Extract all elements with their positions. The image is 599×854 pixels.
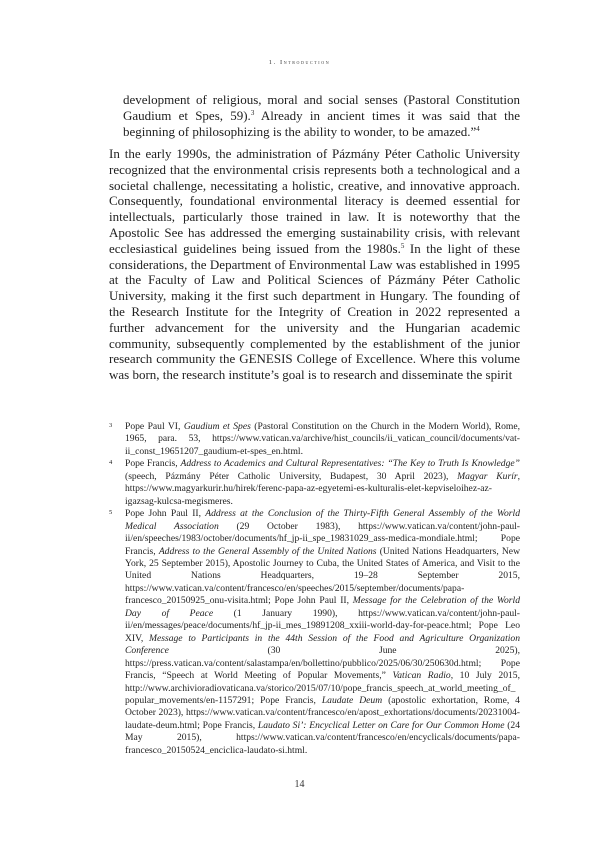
- footnote-segment: (speech, Pázmány Péter Catholic Universi…: [125, 471, 457, 482]
- footnote-title: Laudate Deum: [322, 695, 382, 706]
- footnote-text: Pope John Paul II, Address at the Conclu…: [125, 508, 520, 756]
- footnote-3: 3 Pope Paul VI, Gaudium et Spes (Pastora…: [109, 421, 520, 458]
- body-paragraph: In the early 1990s, the administration o…: [109, 146, 520, 383]
- footnote-segment: Pope Paul VI,: [125, 421, 184, 432]
- page-number: 14: [0, 779, 599, 790]
- footnote-segment: Pope Francis,: [125, 458, 181, 469]
- body-text-continued: In the light of these considerations, th…: [109, 241, 520, 382]
- footnotes: 3 Pope Paul VI, Gaudium et Spes (Pastora…: [109, 421, 520, 757]
- footnote-text: Pope Francis, Address to Academics and C…: [125, 458, 520, 506]
- footnote-text: Pope Paul VI, Gaudium et Spes (Pastoral …: [125, 421, 520, 457]
- footnote-number: 4: [109, 457, 112, 469]
- footnote-4: 4 Pope Francis, Address to Academics and…: [109, 458, 520, 508]
- footnote-title: Gaudium et Spes: [184, 421, 251, 432]
- footnote-title: Magyar Kurír: [457, 471, 517, 482]
- footnote-5: 5 Pope John Paul II, Address at the Conc…: [109, 508, 520, 757]
- footnote-segment: Pope John Paul II,: [125, 508, 205, 519]
- footnote-title: Vatican Radio: [392, 670, 450, 681]
- footnote-title: Address to Academics and Cultural Repres…: [181, 458, 520, 469]
- running-head: 1. Introduction: [0, 59, 599, 66]
- footnote-ref-4[interactable]: 4: [476, 125, 480, 133]
- footnote-number: 5: [109, 507, 112, 519]
- footnote-title: Address to the General Assembly of the U…: [159, 546, 377, 557]
- body-text: In the early 1990s, the administration o…: [109, 146, 520, 256]
- block-quote: development of religious, moral and soci…: [123, 92, 520, 139]
- footnote-title: Laudato Si’: Encyclical Letter on Care f…: [258, 720, 505, 731]
- quote-paragraph: development of religious, moral and soci…: [123, 92, 520, 139]
- footnote-number: 3: [109, 420, 112, 432]
